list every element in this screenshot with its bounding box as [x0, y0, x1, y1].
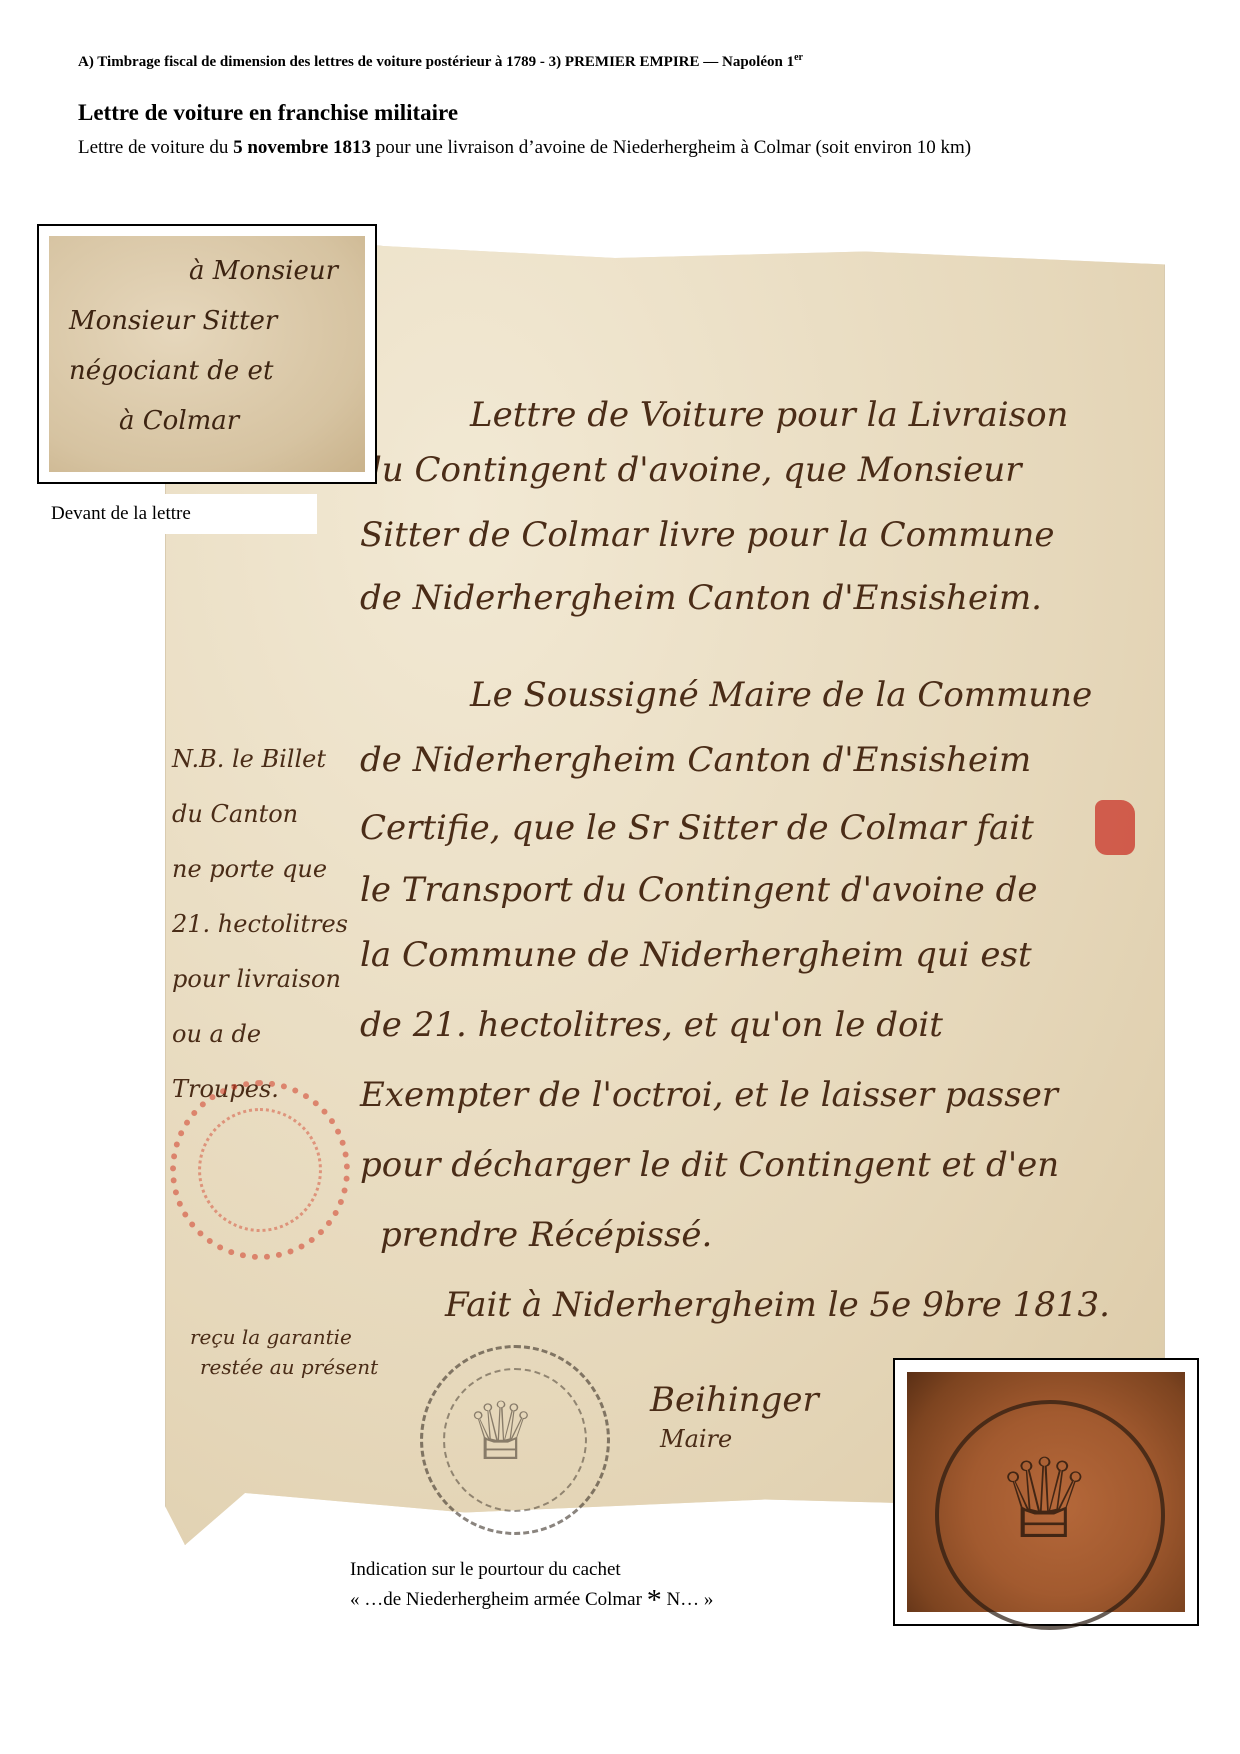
- letter-line: la Commune de Niderhergheim qui est: [360, 935, 1032, 975]
- seal-caption-text: « …de Niederhergheim armée Colmar: [350, 1589, 647, 1610]
- subtitle-prefix: Lettre de voiture du: [78, 137, 233, 158]
- section-header-text: A) Timbrage fiscal de dimension des lett…: [78, 54, 794, 70]
- eagle-icon: ♕: [995, 1435, 1094, 1564]
- margin-note-line: N.B. le Billet: [172, 745, 326, 773]
- page-title: Lettre de voiture en franchise militaire: [78, 100, 458, 126]
- margin-note-line: ou a de: [172, 1020, 261, 1048]
- margin-note-line: 21. hectolitres: [172, 910, 348, 938]
- letter-line: le Transport du Contingent d'avoine de: [360, 870, 1038, 910]
- mayor-signature: Beihinger: [650, 1380, 819, 1420]
- eagle-icon: ♕: [465, 1385, 537, 1479]
- seal-caption-line1: Indication sur le pourtour du cachet: [350, 1555, 713, 1585]
- letter-line: prendre Récépissé.: [380, 1215, 712, 1255]
- letter-date-line: Fait à Niderhergheim le 5e 9bre 1813.: [445, 1285, 1110, 1325]
- red-wax-mark: [1095, 800, 1135, 855]
- address-line: négociant de et: [69, 356, 273, 386]
- subtitle-date: 5 novembre 1813: [233, 137, 371, 158]
- seal-caption-line2: « …de Niederhergheim armée Colmar * N… »: [350, 1585, 713, 1616]
- letter-front-inset: à Monsieur Monsieur Sitter négociant de …: [37, 224, 377, 484]
- section-header: A) Timbrage fiscal de dimension des lett…: [78, 52, 803, 71]
- margin-note-line: pour livraison: [172, 965, 341, 993]
- page-subtitle: Lettre de voiture du 5 novembre 1813 pou…: [78, 134, 1198, 161]
- letter-line: Certifie, que le Sr Sitter de Colmar fai…: [360, 808, 1034, 848]
- address-line: à Colmar: [119, 406, 239, 436]
- receipt-note-line: reçu la garantie: [190, 1325, 352, 1349]
- letter-line: de Niderhergheim Canton d'Ensisheim.: [360, 578, 1042, 618]
- letter-line: pour décharger le dit Contingent et d'en: [360, 1145, 1059, 1185]
- star-icon: *: [647, 1584, 662, 1617]
- seal-detail-inset: ♕: [893, 1358, 1199, 1626]
- red-circular-stamp: [170, 1080, 350, 1260]
- address-line: à Monsieur: [189, 256, 338, 286]
- margin-note-line: du Canton: [172, 800, 298, 828]
- letter-line: du Contingent d'avoine, que Monsieur: [360, 450, 1021, 490]
- letter-line: Le Soussigné Maire de la Commune: [470, 675, 1092, 715]
- letter-line: Lettre de Voiture pour la Livraison: [470, 395, 1068, 435]
- seal-caption-text: N… »: [662, 1589, 714, 1610]
- seal-caption: Indication sur le pourtour du cachet « ……: [350, 1555, 713, 1616]
- superscript: er: [794, 52, 803, 63]
- address-line: Monsieur Sitter: [69, 306, 277, 336]
- letter-line: de 21. hectolitres, et qu'on le doit: [360, 1005, 943, 1045]
- mayor-title: Maire: [660, 1425, 732, 1453]
- letter-line: Sitter de Colmar livre pour la Commune: [360, 515, 1054, 555]
- margin-note-line: ne porte que: [172, 855, 327, 883]
- letter-line: Exempter de l'octroi, et le laisser pass…: [360, 1075, 1058, 1115]
- receipt-note-line: restée au présent: [200, 1355, 378, 1379]
- front-caption: Devant de la lettre: [37, 494, 317, 534]
- subtitle-suffix: pour une livraison d’avoine de Niederher…: [371, 137, 971, 158]
- letter-line: de Niderhergheim Canton d'Ensisheim: [360, 740, 1031, 780]
